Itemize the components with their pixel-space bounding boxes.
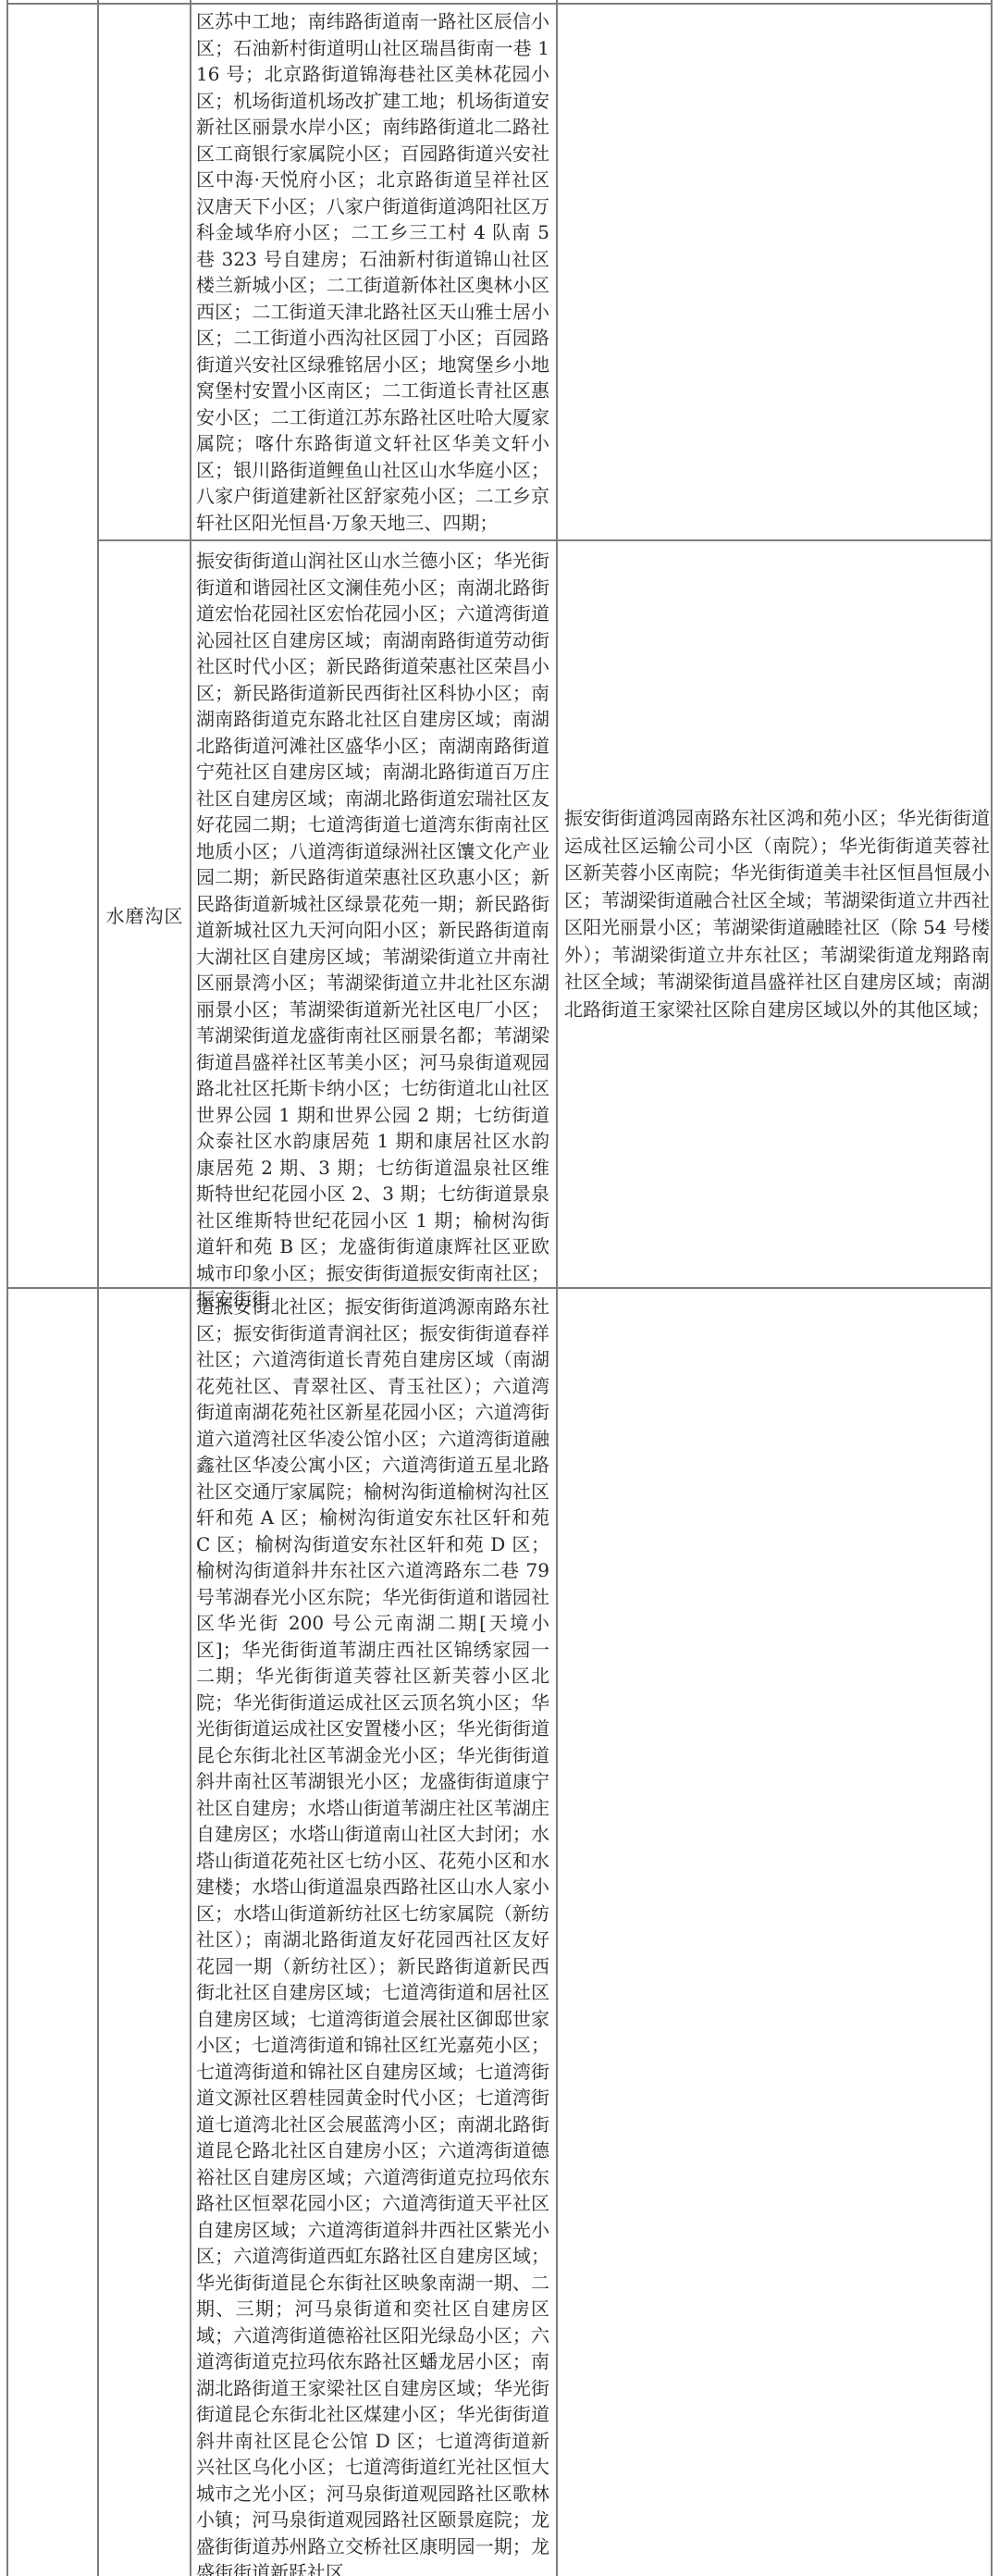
- table-border-row2-row3: [6, 1287, 993, 1289]
- row2-right-areas-cell: 振安街街道鸿园南路东社区鸿和苑小区；华光街街道运成社区运输公司小区（南院）；华光…: [564, 805, 990, 1023]
- row2-areas-cell: 振安街街道山润社区山水兰德小区；华光街街道和谐园社区文澜佳苑小区；南湖北路街道宏…: [196, 548, 549, 1285]
- document-page: 区苏中工地；南纬路街道南一路社区辰信小区；石油新村街道明山社区瑞昌街南一巷 11…: [0, 0, 999, 2576]
- row1-areas-cell: 区苏中工地；南纬路街道南一路社区辰信小区；石油新村街道明山社区瑞昌街南一巷 11…: [196, 8, 549, 538]
- district-label-cell: 水磨沟区: [99, 541, 191, 1287]
- row2-right-cell-wrap: 振安街街道鸿园南路东社区鸿和苑小区；华光街街道运成社区运输公司小区（南院）；华光…: [558, 541, 992, 1287]
- table-border-top: [6, 3, 993, 5]
- row3-areas-cell: 道振安街北社区；振安街街道鸿源南路东社区；振安街街道青润社区；振安街街道春祥社区…: [196, 1294, 549, 2576]
